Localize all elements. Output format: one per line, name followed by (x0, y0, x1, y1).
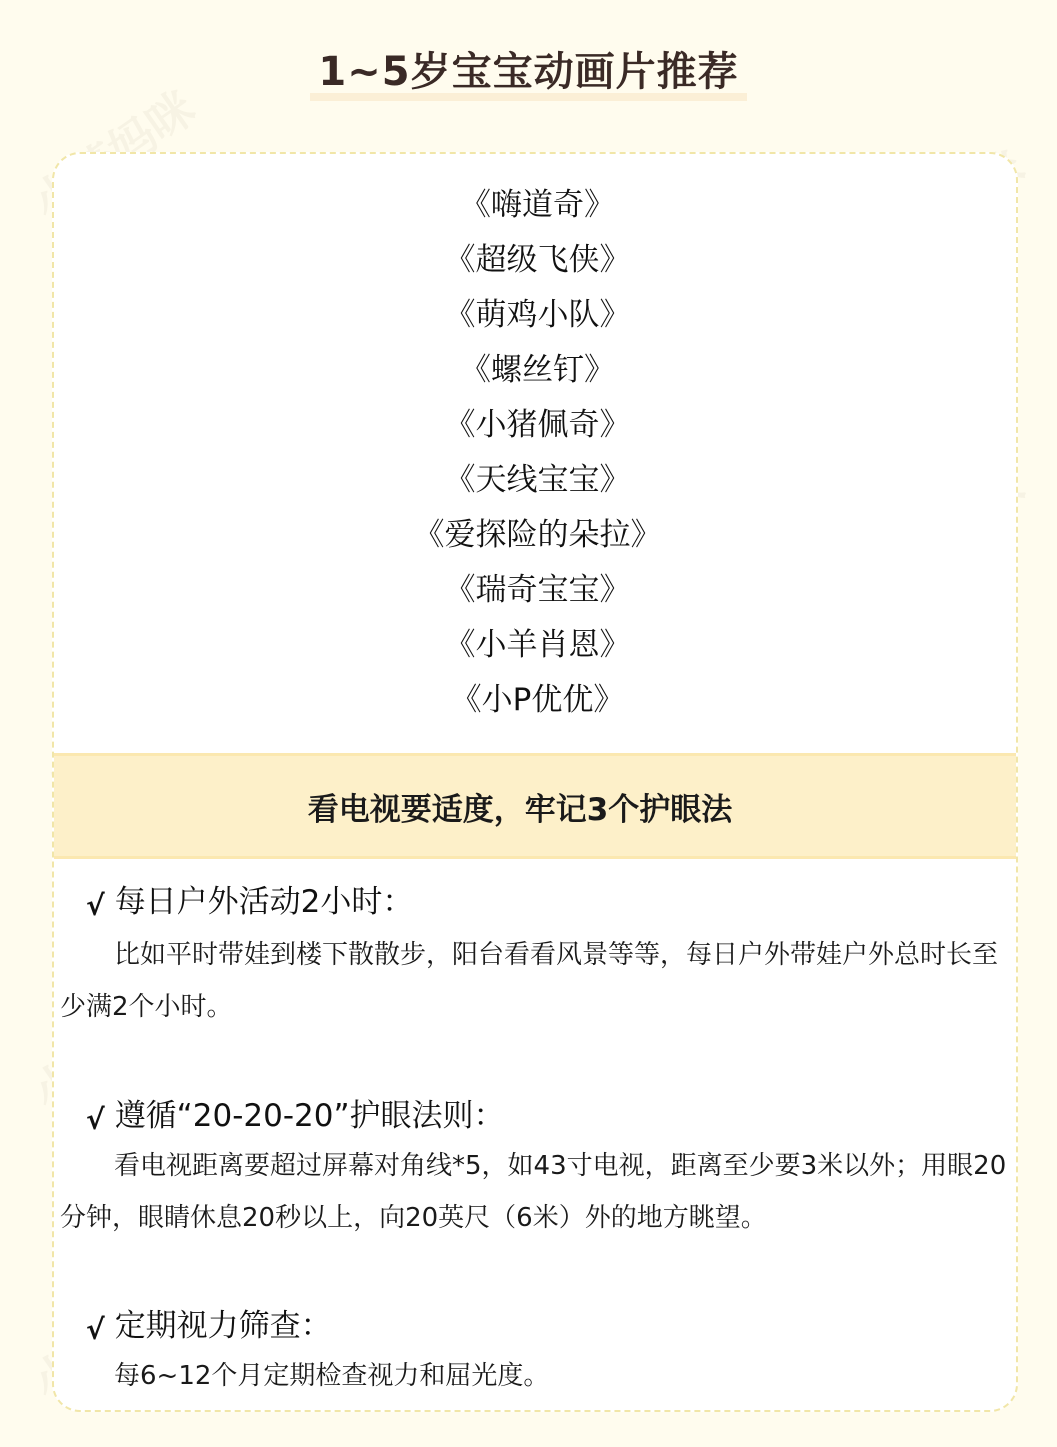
page-title: 1~5岁宝宝动画片推荐 (310, 40, 746, 97)
list-item: 《小羊肖恩》 (0, 618, 1057, 673)
page-title-text: 1~5岁宝宝动画片推荐 (318, 49, 738, 95)
list-item: 《小猪佩奇》 (0, 398, 1057, 453)
list-item: 《小P优优》 (0, 673, 1057, 728)
checkmark-icon: √ (86, 889, 105, 922)
checkmark-icon: √ (86, 1103, 105, 1136)
tip-heading-text: 每日户外活动2小时： (115, 884, 414, 920)
cartoon-list: 《嗨道奇》 《超级飞侠》 《萌鸡小队》 《螺丝钉》 《小猪佩奇》 《天线宝宝》 … (0, 178, 1057, 728)
checkmark-icon: √ (86, 1313, 105, 1346)
list-item: 《天线宝宝》 (0, 453, 1057, 508)
section-banner: 看电视要适度，牢记3个护眼法 (54, 753, 1016, 859)
list-item: 《瑞奇宝宝》 (0, 563, 1057, 618)
tip-heading: √定期视力筛查： (86, 1300, 332, 1346)
title-section: 1~5岁宝宝动画片推荐 (0, 40, 1057, 97)
list-item: 《嗨道奇》 (0, 178, 1057, 233)
tip-heading-text: 定期视力筛查： (115, 1308, 332, 1344)
tip-heading: √每日户外活动2小时： (86, 876, 413, 922)
tip-body: 看电视距离要超过屏幕对角线*5，如43寸电视，距离至少要3米以外；用眼20分钟，… (60, 1140, 1010, 1244)
list-item: 《超级飞侠》 (0, 233, 1057, 288)
list-item: 《萌鸡小队》 (0, 288, 1057, 343)
list-item: 《爱探险的朵拉》 (0, 508, 1057, 563)
tip-body: 每6~12个月定期检查视力和屈光度。 (60, 1350, 1010, 1402)
banner-title: 看电视要适度，牢记3个护眼法 (308, 784, 733, 829)
tip-heading-text: 遵循“20-20-20”护眼法则： (115, 1098, 505, 1134)
tip-heading: √遵循“20-20-20”护眼法则： (86, 1090, 505, 1136)
list-item: 《螺丝钉》 (0, 343, 1057, 398)
tip-body: 比如平时带娃到楼下散散步，阳台看看风景等等，每日户外带娃户外总时长至少满2个小时… (60, 929, 1010, 1033)
